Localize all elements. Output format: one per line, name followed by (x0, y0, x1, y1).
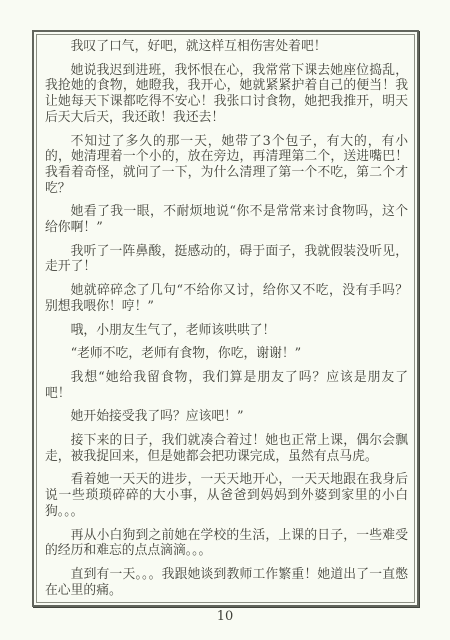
paragraph: 哦，小朋友生气了，老师该哄哄了！ (45, 323, 408, 339)
paragraph: 她就碎碎念了几句“不给你又讨，给你又不吃，没有手吗？别想我喂你！哼！” (45, 283, 408, 314)
paragraph: 我听了一阵鼻酸，挺感动的，碍于面子，我就假装没听见，走开了！ (45, 244, 408, 275)
page-border-inner-line: 我叹了口气，好吧，就这样互相伤害处着吧！ 她说我迟到进班，我怀恨在心，我常常下课… (36, 34, 415, 603)
paragraph: 再从小白狗到之前她在学校的生活，上课的日子，一些难受的经历和难忘的点点滴滴。。。 (45, 528, 408, 559)
paragraph: 接下来的日子，我们就凑合着过！她也正常上课，偶尔会飘走，被我捉回来，但是她都会把… (45, 433, 408, 464)
paragraph: 我叹了口气，好吧，就这样互相伤害处着吧！ (45, 39, 408, 55)
paragraph: 直到有一天。。。我跟她谈到教师工作繁重！她道出了一直憋在心里的痛。 (45, 567, 408, 598)
paragraph: 不知过了多久的那一天，她带了3个包子，有大的，有小的，她清理着一个小的，放在旁边… (45, 134, 408, 197)
page-border-frame: 我叹了口气，好吧，就这样互相伤害处着吧！ 她说我迟到进班，我怀恨在心，我常常下课… (32, 30, 419, 607)
page-number: 10 (0, 609, 450, 624)
paragraph: 她开始接受我了吗？应该吧！” (45, 409, 408, 425)
page-background: 我叹了口气，好吧，就这样互相伤害处着吧！ 她说我迟到进班，我怀恨在心，我常常下课… (0, 0, 450, 640)
page-text-body: 我叹了口气，好吧，就这样互相伤害处着吧！ 她说我迟到进班，我怀恨在心，我常常下课… (45, 39, 408, 600)
paragraph: 我想“她给我留食物，我们算是朋友了吗？应该是朋友了吧！ (45, 370, 408, 401)
paragraph: 她看了我一眼，不耐烦地说“你不是常常来讨食物吗，这个给你啊！” (45, 204, 408, 235)
paragraph: 看着她一天天的进步，一天天地开心，一天天地跟在我身后说一些琐琐碎碎的大小事，从爸… (45, 472, 408, 519)
paragraph: 她说我迟到进班，我怀恨在心，我常常下课去她座位捣乱，我抢她的食物，她瞪我，我开心… (45, 63, 408, 126)
paragraph: “老师不吃，老师有食物，你吃，谢谢！” (45, 346, 408, 362)
